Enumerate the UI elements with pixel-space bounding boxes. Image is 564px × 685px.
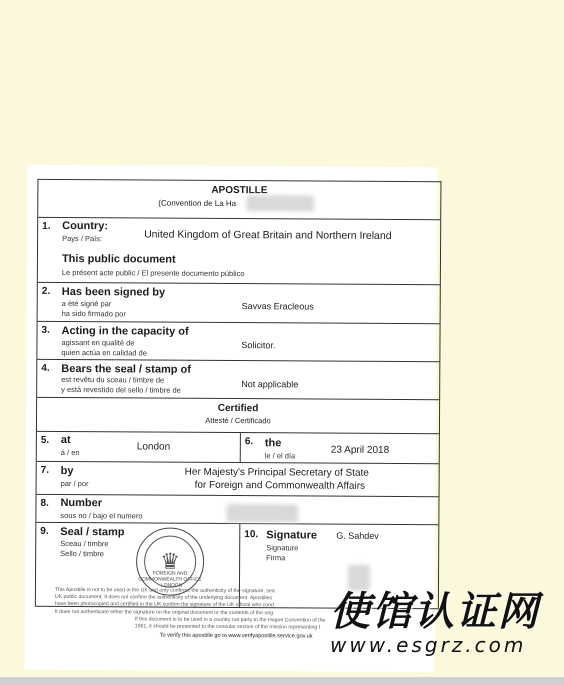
seal-sublabel-fr: Sceau / timbre <box>60 539 108 549</box>
number-sublabel: sous no / bajo el numero <box>60 511 142 522</box>
at-value: London <box>137 441 170 452</box>
at-sublabel: á / en <box>61 448 80 458</box>
row-number: 6. <box>245 436 253 447</box>
certified-subheading: Attesté / Certificado <box>37 415 439 426</box>
certified-row: Certified Attesté / Certificado <box>37 398 439 434</box>
the-label: the <box>265 437 282 449</box>
the-sublabel: le / el día <box>265 451 295 461</box>
capacity-value: Solicitor. <box>241 340 275 350</box>
signature-sublabel-es: Firma <box>266 553 285 563</box>
by-row: 7. by par / por Her Majesty's Principal … <box>37 462 439 497</box>
signed-by-row: 2. Has been signed by a été signé par ha… <box>38 283 440 324</box>
country-value: United Kingdom of Great Britain and Nort… <box>144 228 392 242</box>
redaction-blur <box>246 195 314 211</box>
signature-sublabel-fr: Signature <box>266 543 298 553</box>
certified-heading: Certified <box>37 402 439 415</box>
signature-value: G. Sahdev <box>336 531 379 541</box>
foreign-office-seal: ♛ FOREIGN AND COMMONWEALTH OFFICE · LOND… <box>136 527 204 595</box>
watermark-url: www.esgrz.com <box>330 633 560 657</box>
capacity-sublabel-fr: agissant en qualité de <box>61 338 134 348</box>
the-value: 23 April 2018 <box>331 445 389 456</box>
seal-of-sublabel-es: y está revestido del sello / timbre de <box>61 385 181 396</box>
row-number: 5. <box>41 435 49 446</box>
row-number: 4. <box>41 363 49 374</box>
redaction-blur <box>226 504 298 522</box>
capacity-sublabel-es: quien actúa en calidad de <box>61 348 147 359</box>
public-document-sublabel: Le présent acte public / El presente doc… <box>62 268 245 279</box>
row-number: 9. <box>40 526 48 537</box>
column-divider <box>240 433 241 462</box>
document-subtitle: (Convention de La Ha <box>158 199 236 208</box>
signed-by-label: Has been signed by <box>62 286 165 299</box>
signed-by-value: Savvas Eracleous <box>242 301 314 311</box>
number-label: Number <box>60 497 102 509</box>
signed-by-sublabel-fr: a été signé par <box>62 299 112 309</box>
country-row: 1. Country: Pays / País: United Kingdom … <box>38 218 440 253</box>
watermark-chinese: 使馆认证网 <box>330 580 560 637</box>
country-label: Country: <box>62 220 108 232</box>
row-number: 1. <box>42 221 50 232</box>
at-label: at <box>61 434 71 446</box>
row-number: 2. <box>42 286 50 297</box>
seal-text: FOREIGN AND COMMONWEALTH OFFICE · LONDON <box>137 570 203 588</box>
row-number: 3. <box>42 325 50 336</box>
seal-of-row: 4. Bears the seal / stamp of est revêtu … <box>37 360 439 400</box>
number-row: 8. Number sous no / bajo el numero <box>36 495 438 525</box>
by-sublabel: par / por <box>61 479 89 489</box>
seal-of-value: Not applicable <box>241 379 298 389</box>
signed-by-sublabel-es: ha sido firmado por <box>62 309 126 319</box>
title-row: APOSTILLE (Convention de La Ha <box>38 180 440 220</box>
row-number: 8. <box>40 498 48 509</box>
seal-of-label: Bears the seal / stamp of <box>61 363 191 376</box>
document-title: APOSTILLE <box>38 184 440 197</box>
capacity-label: Acting in the capacity of <box>61 325 188 338</box>
signature-label: Signature <box>266 529 317 541</box>
by-value-line1: Her Majesty's Principal Secretary of Sta… <box>185 467 369 479</box>
at-the-row: 5. at á / en London 6. the le / el día 2… <box>37 432 439 464</box>
watermark: 使馆认证网 www.esgrz.com <box>330 580 560 657</box>
public-document-label: This public document <box>62 253 176 266</box>
country-sublabel: Pays / País: <box>62 234 102 244</box>
seal-sublabel-es: Sello / timbre <box>60 549 104 559</box>
by-value-line2: for Foreign and Commonwealth Affairs <box>195 480 366 492</box>
apostille-form: APOSTILLE (Convention de La Ha 1. Countr… <box>35 179 442 609</box>
scanner-edge <box>0 677 564 685</box>
capacity-row: 3. Acting in the capacity of agissant en… <box>37 322 439 362</box>
seal-label: Seal / stamp <box>60 526 124 538</box>
by-label: by <box>61 465 74 477</box>
public-document-row: This public document Le présent acte pub… <box>38 251 440 285</box>
row-number: 10. <box>244 529 258 540</box>
row-number: 7. <box>41 465 49 476</box>
seal-of-sublabel-fr: est revêtu du sceau / timbre de <box>61 375 164 386</box>
